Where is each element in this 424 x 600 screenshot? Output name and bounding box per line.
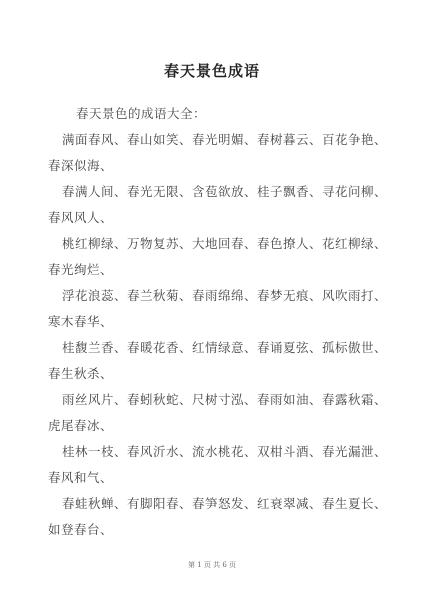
paragraph-line: 春蛙秋蝉、有脚阳春、春笋怒发、红衰翠减、春生夏长、	[62, 494, 387, 512]
paragraph-line: 春风和气、	[48, 468, 113, 486]
paragraph-line: 寒木春华、	[48, 312, 113, 330]
page-number: 第 1 页 共 6 页	[0, 560, 424, 570]
paragraph-line: 春风风人、	[48, 208, 113, 226]
document-page: 春天景色成语 春天景色的成语大全： 满面春风、春山如笑、春光明媚、春树暮云、百花…	[0, 0, 424, 600]
page-title: 春天景色成语	[0, 60, 424, 81]
paragraph-line: 春深似海、	[48, 156, 113, 174]
paragraph-line: 桂林一枝、春风沂水、流水桃花、双柑斗酒、春光漏泄、	[62, 442, 387, 460]
paragraph-line: 如登春台、	[48, 520, 113, 538]
paragraph-line: 雨丝风片、春蚓秋蛇、尺树寸泓、春雨如油、春露秋霜、	[62, 390, 387, 408]
paragraph-line: 春光绚烂、	[48, 260, 113, 278]
intro-line: 春天景色的成语大全：	[76, 104, 206, 122]
paragraph-line: 满面春风、春山如笑、春光明媚、春树暮云、百花争艳、	[62, 130, 387, 148]
paragraph-line: 虎尾春冰、	[48, 416, 113, 434]
paragraph-line: 春满人间、春光无限、含苞欲放、桂子飘香、寻花问柳、	[62, 182, 387, 200]
paragraph-line: 桂馥兰香、春暖花香、红情绿意、春诵夏弦、孤标傲世、	[62, 338, 387, 356]
paragraph-line: 浮花浪蕊、春兰秋菊、春雨绵绵、春梦无痕、风吹雨打、	[62, 286, 387, 304]
paragraph-line: 春生秋杀、	[48, 364, 113, 382]
paragraph-line: 桃红柳绿、万物复苏、大地回春、春色撩人、花红柳绿、	[62, 234, 387, 252]
